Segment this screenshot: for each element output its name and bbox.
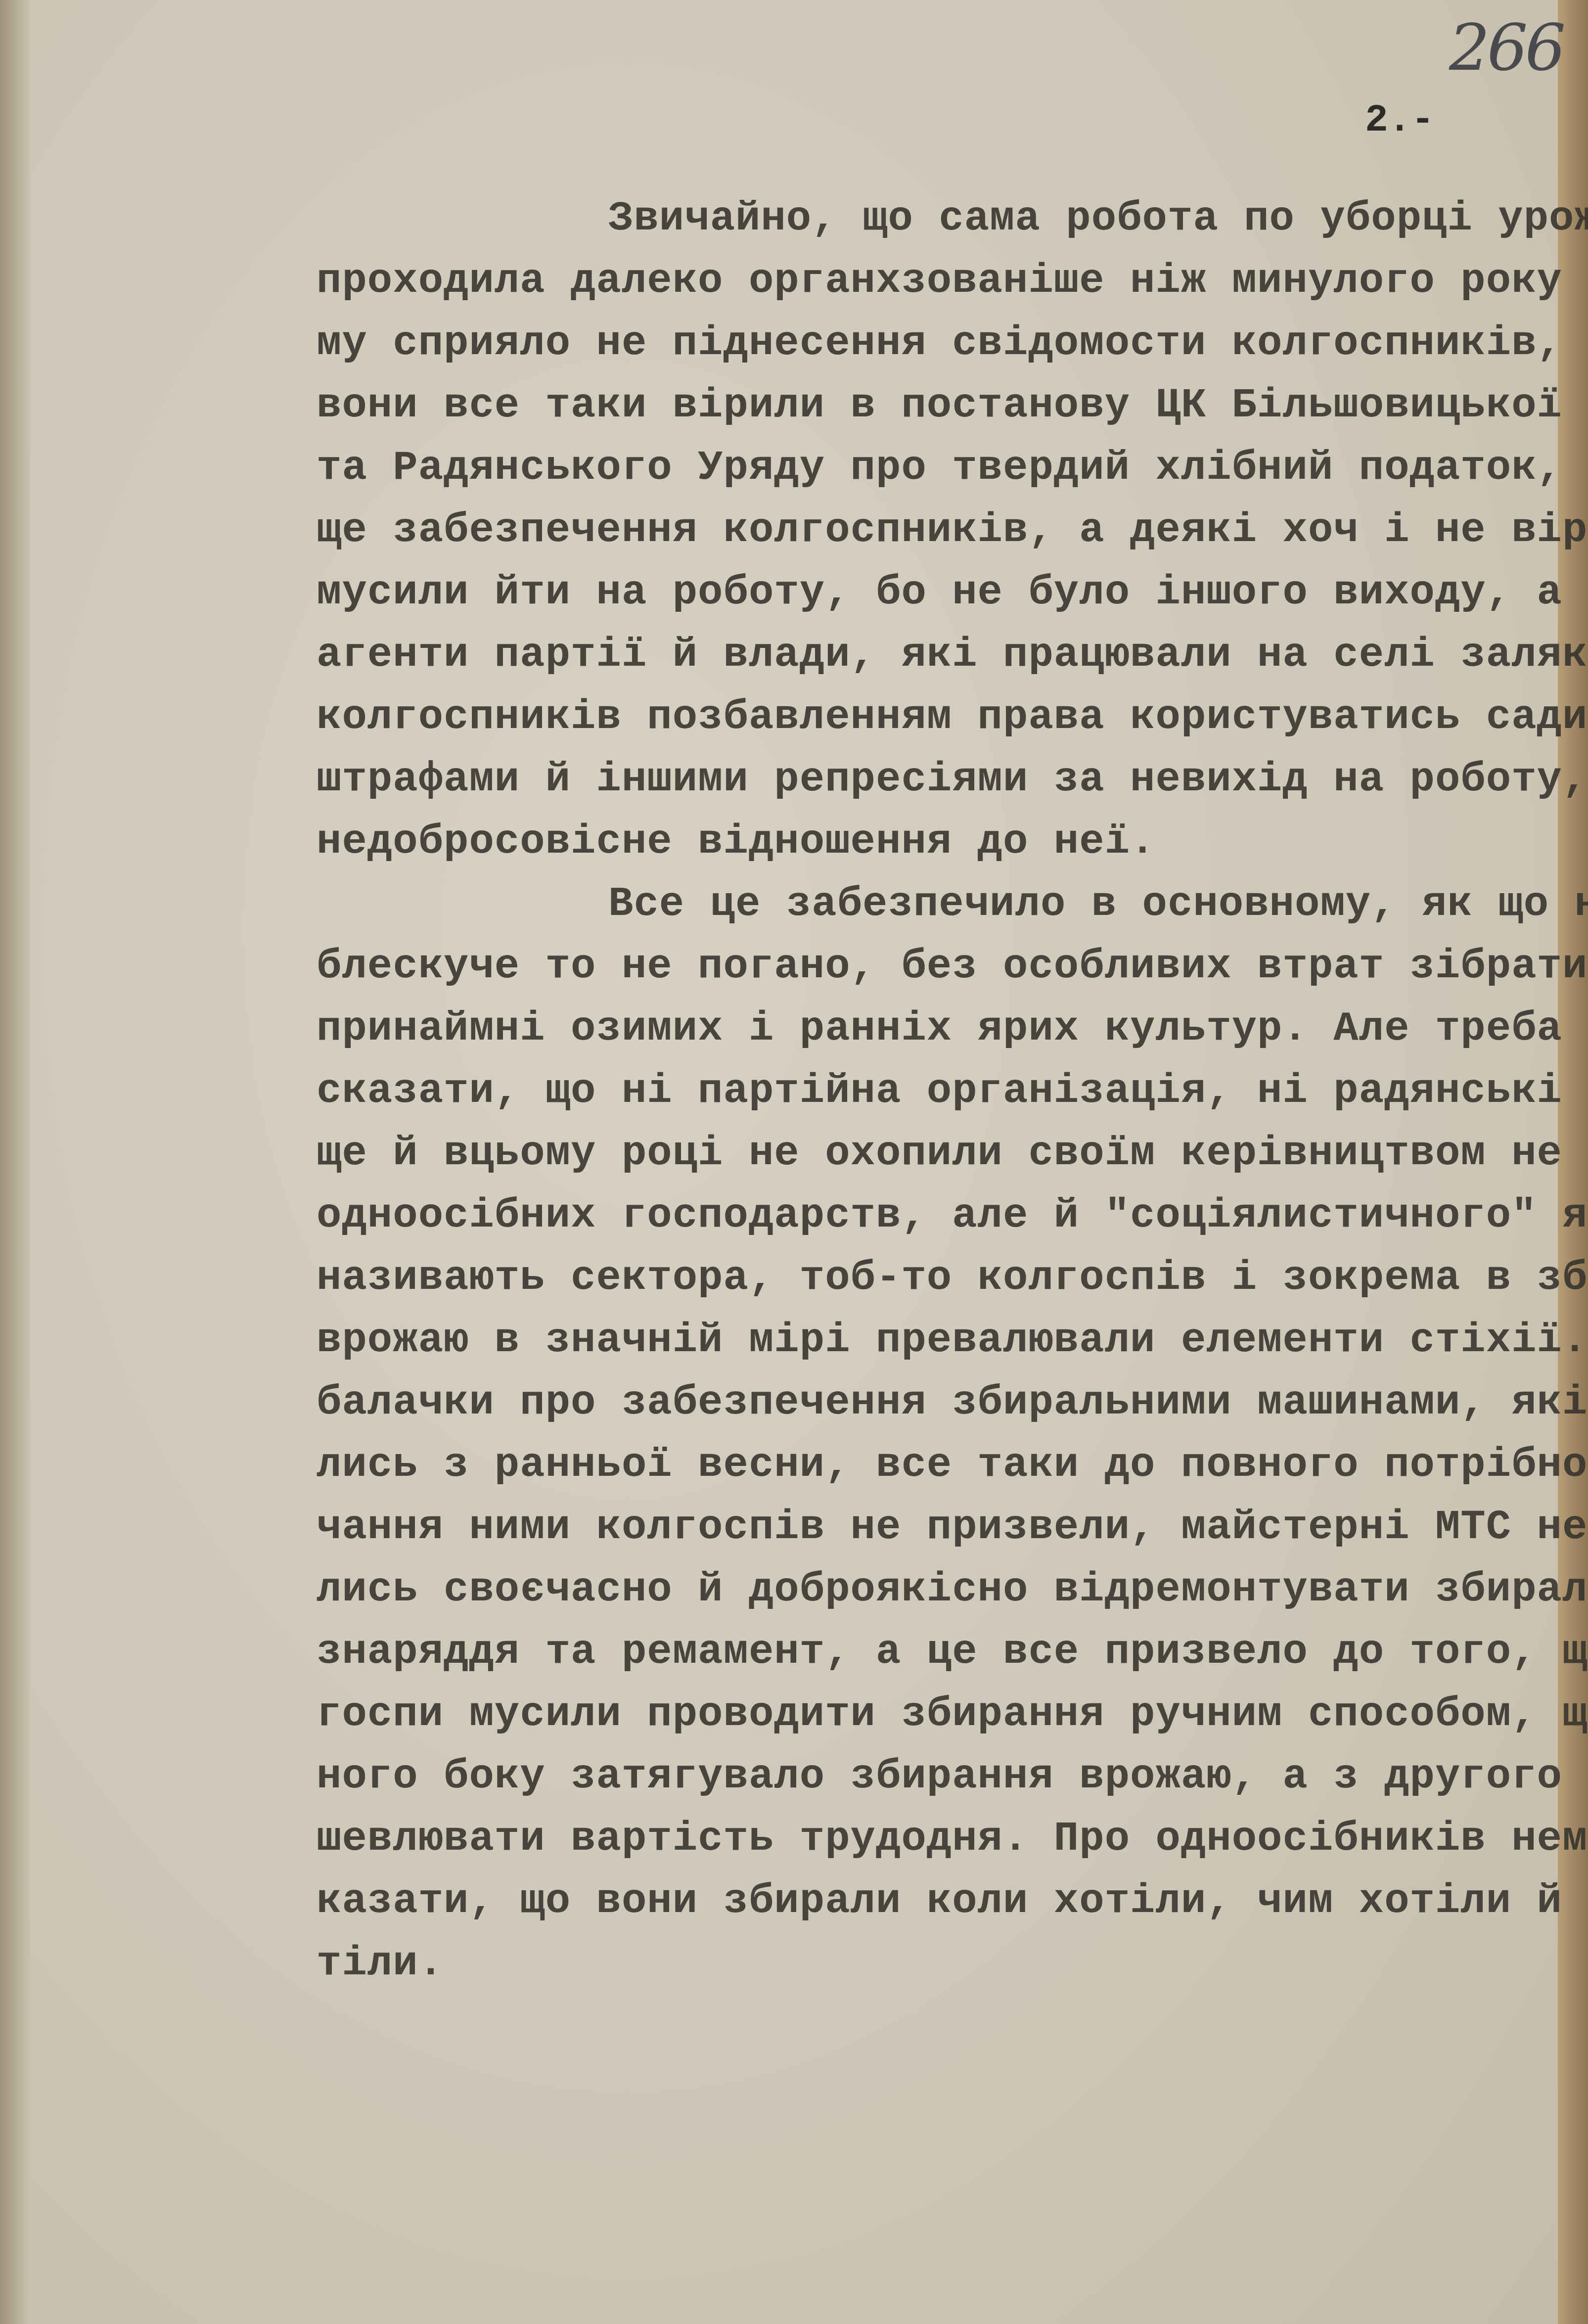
paragraph-2-line: одноосібних господарств, але й "соціялис… [317, 1185, 1573, 1247]
paragraph-1-line: вони все таки вірили в постанову ЦК Біль… [317, 375, 1573, 437]
paragraph-2-line: принаймні озимих і ранніх ярих культур. … [317, 998, 1573, 1060]
paragraph-2-line: врожаю в значній мірі превалювали елемен… [317, 1310, 1573, 1372]
paragraph-2-line: лись з ранньої весни, все таки до повног… [317, 1434, 1573, 1497]
paragraph-2-line: Все це забезпечило в основному, як що не [317, 873, 1573, 936]
paragraph-1-line: недобросовісне відношення до неї. [317, 811, 1573, 873]
paragraph-2-line: називають сектора, тоб-то колгоспів і зо… [317, 1247, 1573, 1310]
paragraph-2-line: госпи мусили проводити збирання ручним с… [317, 1684, 1573, 1746]
paragraph-2-line: казати, що вони збирали коли хотіли, чим… [317, 1870, 1573, 1933]
paragraph-1-line: штрафами й іншими репресіями за невихід … [317, 749, 1573, 811]
paragraph-2-line: тіли. [317, 1933, 1573, 1995]
paragraph-1-line: ще забезпечення колгоспників, а деякі хо… [317, 500, 1573, 562]
paragraph-1-line: му сприяло не піднесення свідомости колг… [317, 313, 1573, 375]
paragraph-2-line: ще й вцьому році не охопили своїм керівн… [317, 1123, 1573, 1185]
typed-body-text: Звичайно, що сама робота по уборці урожа… [317, 188, 1573, 1995]
paragraph-2-line: шевлювати вартість трудодня. Про одноосі… [317, 1808, 1573, 1870]
paragraph-2-line: знаряддя та ремамент, а це все призвело … [317, 1621, 1573, 1684]
paragraph-2-line: сказати, що ні партійна організація, ні … [317, 1060, 1573, 1123]
page-left-edge [0, 0, 30, 2324]
paragraph-2-line: лись своєчасно й доброякісно відремонтув… [317, 1559, 1573, 1621]
page-number: 2.- [1365, 99, 1434, 142]
paragraph-1-line: колгоспників позбавленням права користув… [317, 686, 1573, 749]
archive-sheet-number: 266 [1449, 10, 1563, 85]
paragraph-1-line: Звичайно, що сама робота по уборці урожа… [317, 188, 1573, 250]
paragraph-2-line: балачки про забезпечення збиральними маш… [317, 1372, 1573, 1434]
paragraph-2-line: чання ними колгоспів не призвели, майсте… [317, 1497, 1573, 1559]
paragraph-1-line: агенти партії й влади, які працювали на … [317, 624, 1573, 686]
paragraph-2-line: блескуче то не погано, без особливих втр… [317, 936, 1573, 998]
paragraph-2-line: ного боку затягувало збирання врожаю, а … [317, 1746, 1573, 1808]
paragraph-1-line: та Радянського Уряду про твердий хлібний… [317, 437, 1573, 500]
document-page: 266 2.- Звичайно, що сама робота по убор… [0, 0, 1568, 2324]
paragraph-1-line: мусили йти на роботу, бо не було іншого … [317, 562, 1573, 624]
paragraph-1-line: проходила далеко органхзованіше ніж мину… [317, 250, 1573, 313]
